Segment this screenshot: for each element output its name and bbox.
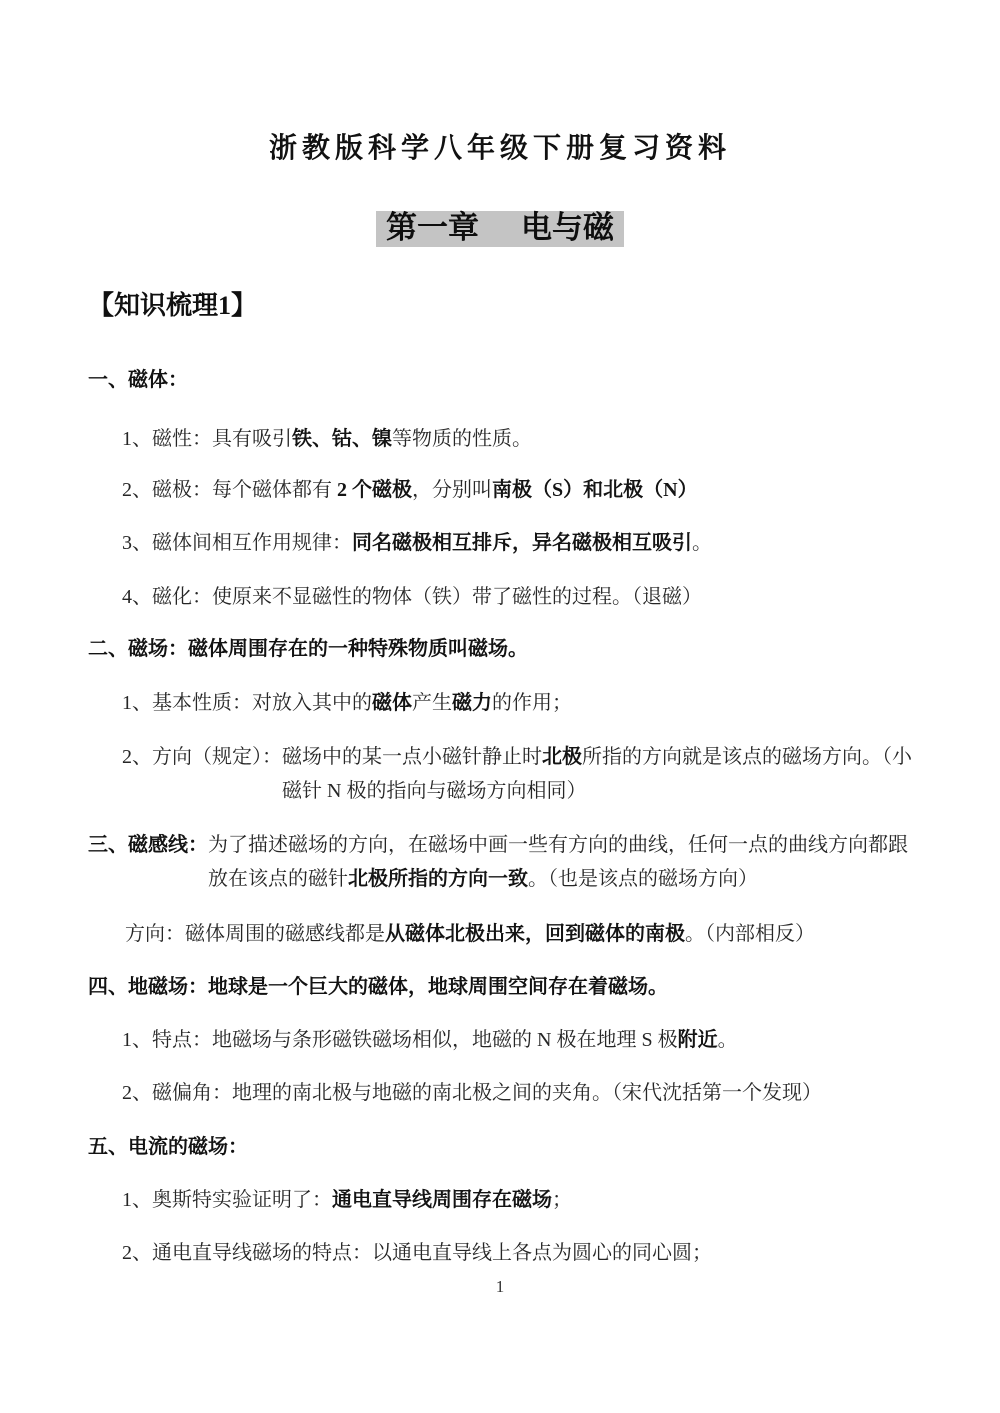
chapter-heading-highlight: 第一章电与磁 bbox=[376, 211, 624, 247]
section-2-item-1: 1、基本性质：对放入其中的磁体产生磁力的作用； bbox=[122, 690, 572, 716]
section-3-direction-note: 方向：磁体周围的磁感线都是从磁体北极出来，回到磁体的南极。（内部相反） bbox=[125, 921, 815, 947]
section-1-item-3: 3、磁体间相互作用规律：同名磁极相互排斥，异名磁极相互吸引。 bbox=[122, 530, 712, 556]
chapter-label: 第一章 bbox=[386, 210, 479, 245]
document-title: 浙教版科学八年级下册复习资料 bbox=[0, 136, 1000, 162]
section-5-item-1: 1、奥斯特实验证明了：通电直导线周围存在磁场； bbox=[122, 1187, 572, 1213]
section-4-item-1: 1、特点：地磁场与条形磁铁磁场相似，地磁的 N 极在地理 S 极附近。 bbox=[122, 1027, 738, 1053]
document-page: 浙教版科学八年级下册复习资料 第一章电与磁 【知识梳理1】 一、磁体： 1、磁性… bbox=[0, 0, 1000, 1413]
chapter-name: 电与磁 bbox=[521, 210, 614, 245]
section-4-heading: 四、地磁场：地球是一个巨大的磁体，地球周围空间存在着磁场。 bbox=[88, 974, 668, 1000]
knowledge-outline-header: 【知识梳理1】 bbox=[88, 293, 257, 319]
section-1-item-4: 4、磁化：使原来不显磁性的物体（铁）带了磁性的过程。（退磁） bbox=[122, 584, 702, 610]
section-5-heading: 五、电流的磁场： bbox=[88, 1134, 248, 1160]
page-number: 1 bbox=[0, 1274, 1000, 1300]
section-1-heading: 一、磁体： bbox=[88, 367, 188, 393]
section-2-item-2-line-1: 2、方向（规定）：磁场中的某一点小磁针静止时北极所指的方向就是该点的磁场方向。（… bbox=[122, 744, 912, 770]
section-2-heading: 二、磁场：磁体周围存在的一种特殊物质叫磁场。 bbox=[88, 636, 528, 662]
section-3-heading-line-1: 三、磁感线：为了描述磁场的方向，在磁场中画一些有方向的曲线，任何一点的曲线方向都… bbox=[88, 832, 908, 858]
section-1-item-2: 2、磁极：每个磁体都有 2 个磁极，分别叫南极（S）和北极（N） bbox=[122, 477, 698, 503]
chapter-heading: 第一章电与磁 bbox=[0, 211, 1000, 247]
document-title-text: 浙教版科学八年级下册复习资料 bbox=[269, 133, 731, 164]
knowledge-outline-header-text: 【知识梳理1】 bbox=[88, 291, 257, 320]
section-1-item-1: 1、磁性：具有吸引铁、钴、镍等物质的性质。 bbox=[122, 426, 532, 452]
section-3-heading-line-2: 放在该点的磁针北极所指的方向一致。（也是该点的磁场方向） bbox=[208, 866, 758, 892]
section-2-item-2-line-2: 磁针 N 极的指向与磁场方向相同） bbox=[282, 778, 586, 804]
section-4-item-2: 2、磁偏角：地理的南北极与地磁的南北极之间的夹角。（宋代沈括第一个发现） bbox=[122, 1080, 822, 1106]
section-5-item-2: 2、通电直导线磁场的特点：以通电直导线上各点为圆心的同心圆； bbox=[122, 1240, 712, 1266]
